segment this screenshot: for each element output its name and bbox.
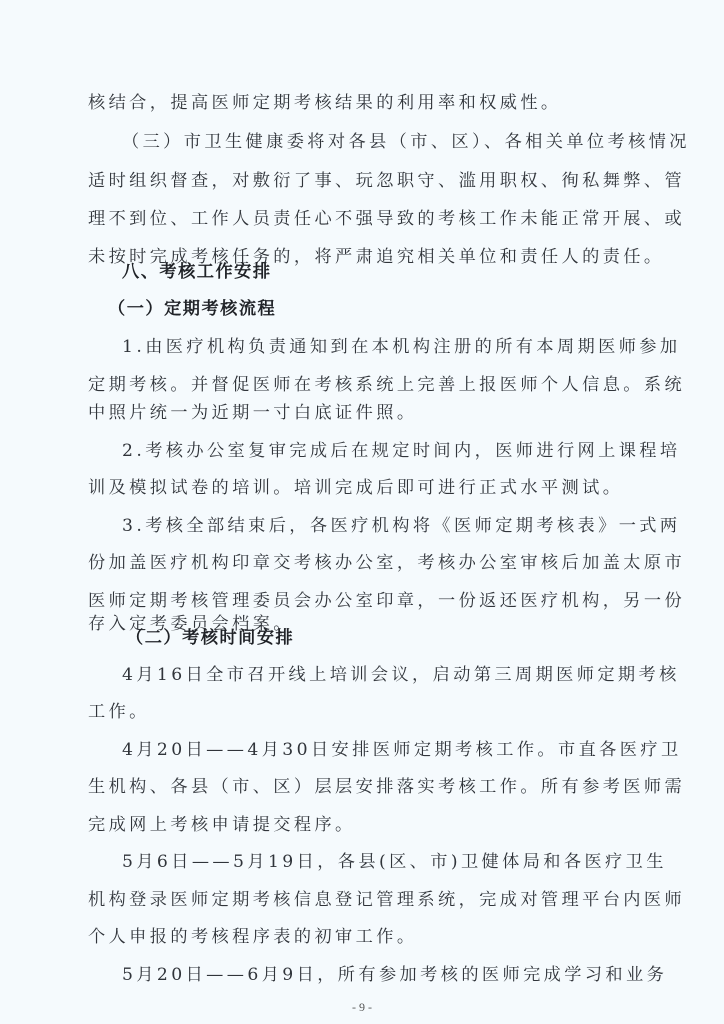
paragraph-schedule-apr16: 4月16日全市召开线上培训会议，启动第三周期医师定期考核 bbox=[122, 664, 662, 686]
text-line: 机构登录医师定期考核信息登记管理系统，完成对管理平台内医师 bbox=[88, 889, 628, 911]
subheading-schedule: （二）考核时间安排 bbox=[126, 627, 666, 649]
heading-section-8: 八、考核工作安排 bbox=[122, 261, 662, 283]
text-line: 医师定期考核管理委员会办公室印章，一份返还医疗机构，另一份 bbox=[88, 590, 628, 612]
text-line: 中照片统一为近期一寸白底证件照。 bbox=[88, 402, 628, 424]
page-number: - 9 - bbox=[0, 1000, 724, 1015]
text-line: 训及模拟试卷的培训。培训完成后即可进行正式水平测试。 bbox=[88, 477, 628, 499]
text-line: 完成网上考核申请提交程序。 bbox=[88, 814, 628, 836]
paragraph-section-3: （三）市卫生健康委将对各县（市、区）、各相关单位考核情况 bbox=[122, 131, 662, 153]
paragraph-item-3: 3.考核全部结束后，各医疗机构将《医师定期考核表》一式两 bbox=[122, 515, 662, 537]
text-line: 定期考核。并督促医师在考核系统上完善上报医师个人信息。系统 bbox=[88, 374, 628, 396]
text-line: 核结合，提高医师定期考核结果的利用率和权威性。 bbox=[88, 92, 628, 114]
text-line: 个人申报的考核程序表的初审工作。 bbox=[88, 926, 628, 948]
text-line: 份加盖医疗机构印章交考核办公室，考核办公室审核后加盖太原市 bbox=[88, 552, 628, 574]
text-line: 理不到位、工作人员责任心不强导致的考核工作未能正常开展、或 bbox=[88, 208, 628, 230]
subheading-regular-process: （一）定期考核流程 bbox=[108, 298, 648, 320]
paragraph-schedule-may20: 5月20日——6月9日，所有参加考核的医师完成学习和业务 bbox=[122, 964, 662, 986]
document-page: 核结合，提高医师定期考核结果的利用率和权威性。 （三）市卫生健康委将对各县（市、… bbox=[0, 0, 724, 1024]
text-line: 工作。 bbox=[88, 701, 628, 723]
paragraph-schedule-may6: 5月6日——5月19日，各县(区、市)卫健体局和各医疗卫生 bbox=[122, 851, 662, 873]
paragraph-item-2: 2.考核办公室复审完成后在规定时间内，医师进行网上课程培 bbox=[122, 440, 662, 462]
text-line: 适时组织督查，对敷衍了事、玩忽职守、滥用职权、徇私舞弊、管 bbox=[88, 170, 628, 192]
paragraph-item-1: 1.由医疗机构负责通知到在本机构注册的所有本周期医师参加 bbox=[122, 336, 662, 358]
paragraph-schedule-apr20: 4月20日——4月30日安排医师定期考核工作。市直各医疗卫 bbox=[122, 739, 662, 761]
text-line: 生机构、各县（市、区）层层安排落实考核工作。所有参考医师需 bbox=[88, 776, 628, 798]
